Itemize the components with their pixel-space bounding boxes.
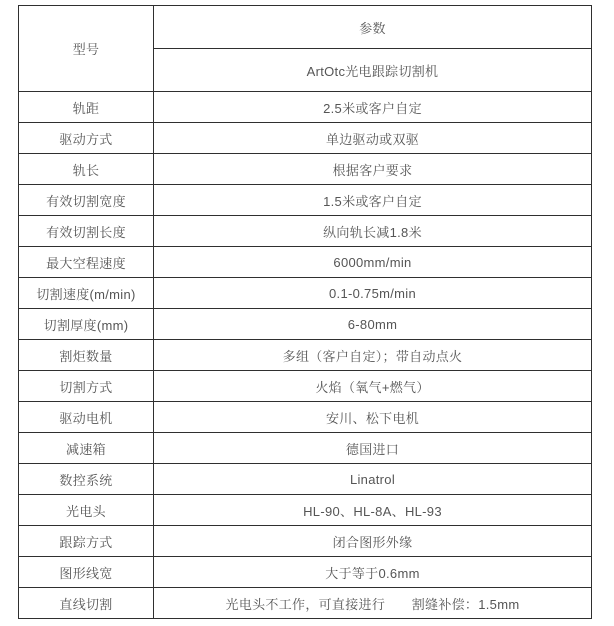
spec-label: 切割厚度(mm) <box>19 309 154 340</box>
spec-table: 型号 参数 ArtOtc光电跟踪切割机 轨距 2.5米或客户自定 驱动方式 单边… <box>18 5 592 619</box>
table-row: 直线切割 光电头不工作，可直接进行 割缝补偿：1.5mm <box>19 588 592 619</box>
spec-value: 闭合图形外缘 <box>154 526 592 557</box>
table-row: 切割厚度(mm) 6-80mm <box>19 309 592 340</box>
table-row: 割炬数量 多组（客户自定）；带自动点火 <box>19 340 592 371</box>
table-row: 轨长 根据客户要求 <box>19 154 592 185</box>
spec-value: HL-90、HL-8A、HL-93 <box>154 495 592 526</box>
spec-label: 直线切割 <box>19 588 154 619</box>
spec-label: 轨长 <box>19 154 154 185</box>
spec-label: 图形线宽 <box>19 557 154 588</box>
spec-value: 1.5米或客户自定 <box>154 185 592 216</box>
spec-value: 2.5米或客户自定 <box>154 92 592 123</box>
spec-label: 切割速度(m/min) <box>19 278 154 309</box>
spec-value: 0.1-0.75m/min <box>154 278 592 309</box>
spec-value: 光电头不工作，可直接进行 割缝补偿：1.5mm <box>154 588 592 619</box>
spec-value: Linatrol <box>154 464 592 495</box>
spec-label: 轨距 <box>19 92 154 123</box>
spec-value: 德国进口 <box>154 433 592 464</box>
table-row: 光电头 HL-90、HL-8A、HL-93 <box>19 495 592 526</box>
model-header-cell: 型号 <box>19 6 154 92</box>
table-row: 切割方式 火焰（氧气+燃气） <box>19 371 592 402</box>
table-row: 有效切割长度 纵向轨长减1.8米 <box>19 216 592 247</box>
spec-value: 多组（客户自定）；带自动点火 <box>154 340 592 371</box>
spec-table-container: 型号 参数 ArtOtc光电跟踪切割机 轨距 2.5米或客户自定 驱动方式 单边… <box>18 5 592 619</box>
spec-value: 单边驱动或双驱 <box>154 123 592 154</box>
spec-value: 安川、松下电机 <box>154 402 592 433</box>
table-row: 驱动方式 单边驱动或双驱 <box>19 123 592 154</box>
table-row: 数控系统 Linatrol <box>19 464 592 495</box>
table-row: 最大空程速度 6000mm/min <box>19 247 592 278</box>
table-row: 图形线宽 大于等于0.6mm <box>19 557 592 588</box>
spec-label: 数控系统 <box>19 464 154 495</box>
spec-label: 减速箱 <box>19 433 154 464</box>
spec-label: 跟踪方式 <box>19 526 154 557</box>
spec-label: 割炬数量 <box>19 340 154 371</box>
machine-name-cell: ArtOtc光电跟踪切割机 <box>154 49 592 92</box>
spec-label: 有效切割长度 <box>19 216 154 247</box>
table-row: 跟踪方式 闭合图形外缘 <box>19 526 592 557</box>
spec-value: 根据客户要求 <box>154 154 592 185</box>
table-row: 驱动电机 安川、松下电机 <box>19 402 592 433</box>
param-header-cell: 参数 <box>154 6 592 49</box>
table-row: 有效切割宽度 1.5米或客户自定 <box>19 185 592 216</box>
spec-value: 纵向轨长减1.8米 <box>154 216 592 247</box>
table-row: 减速箱 德国进口 <box>19 433 592 464</box>
spec-value: 大于等于0.6mm <box>154 557 592 588</box>
spec-label: 有效切割宽度 <box>19 185 154 216</box>
spec-label: 驱动电机 <box>19 402 154 433</box>
spec-label: 驱动方式 <box>19 123 154 154</box>
table-row: 轨距 2.5米或客户自定 <box>19 92 592 123</box>
spec-value: 6-80mm <box>154 309 592 340</box>
table-row: 切割速度(m/min) 0.1-0.75m/min <box>19 278 592 309</box>
spec-label: 最大空程速度 <box>19 247 154 278</box>
header-row-params: 型号 参数 <box>19 6 592 49</box>
spec-value: 火焰（氧气+燃气） <box>154 371 592 402</box>
spec-value: 6000mm/min <box>154 247 592 278</box>
spec-label: 光电头 <box>19 495 154 526</box>
spec-label: 切割方式 <box>19 371 154 402</box>
